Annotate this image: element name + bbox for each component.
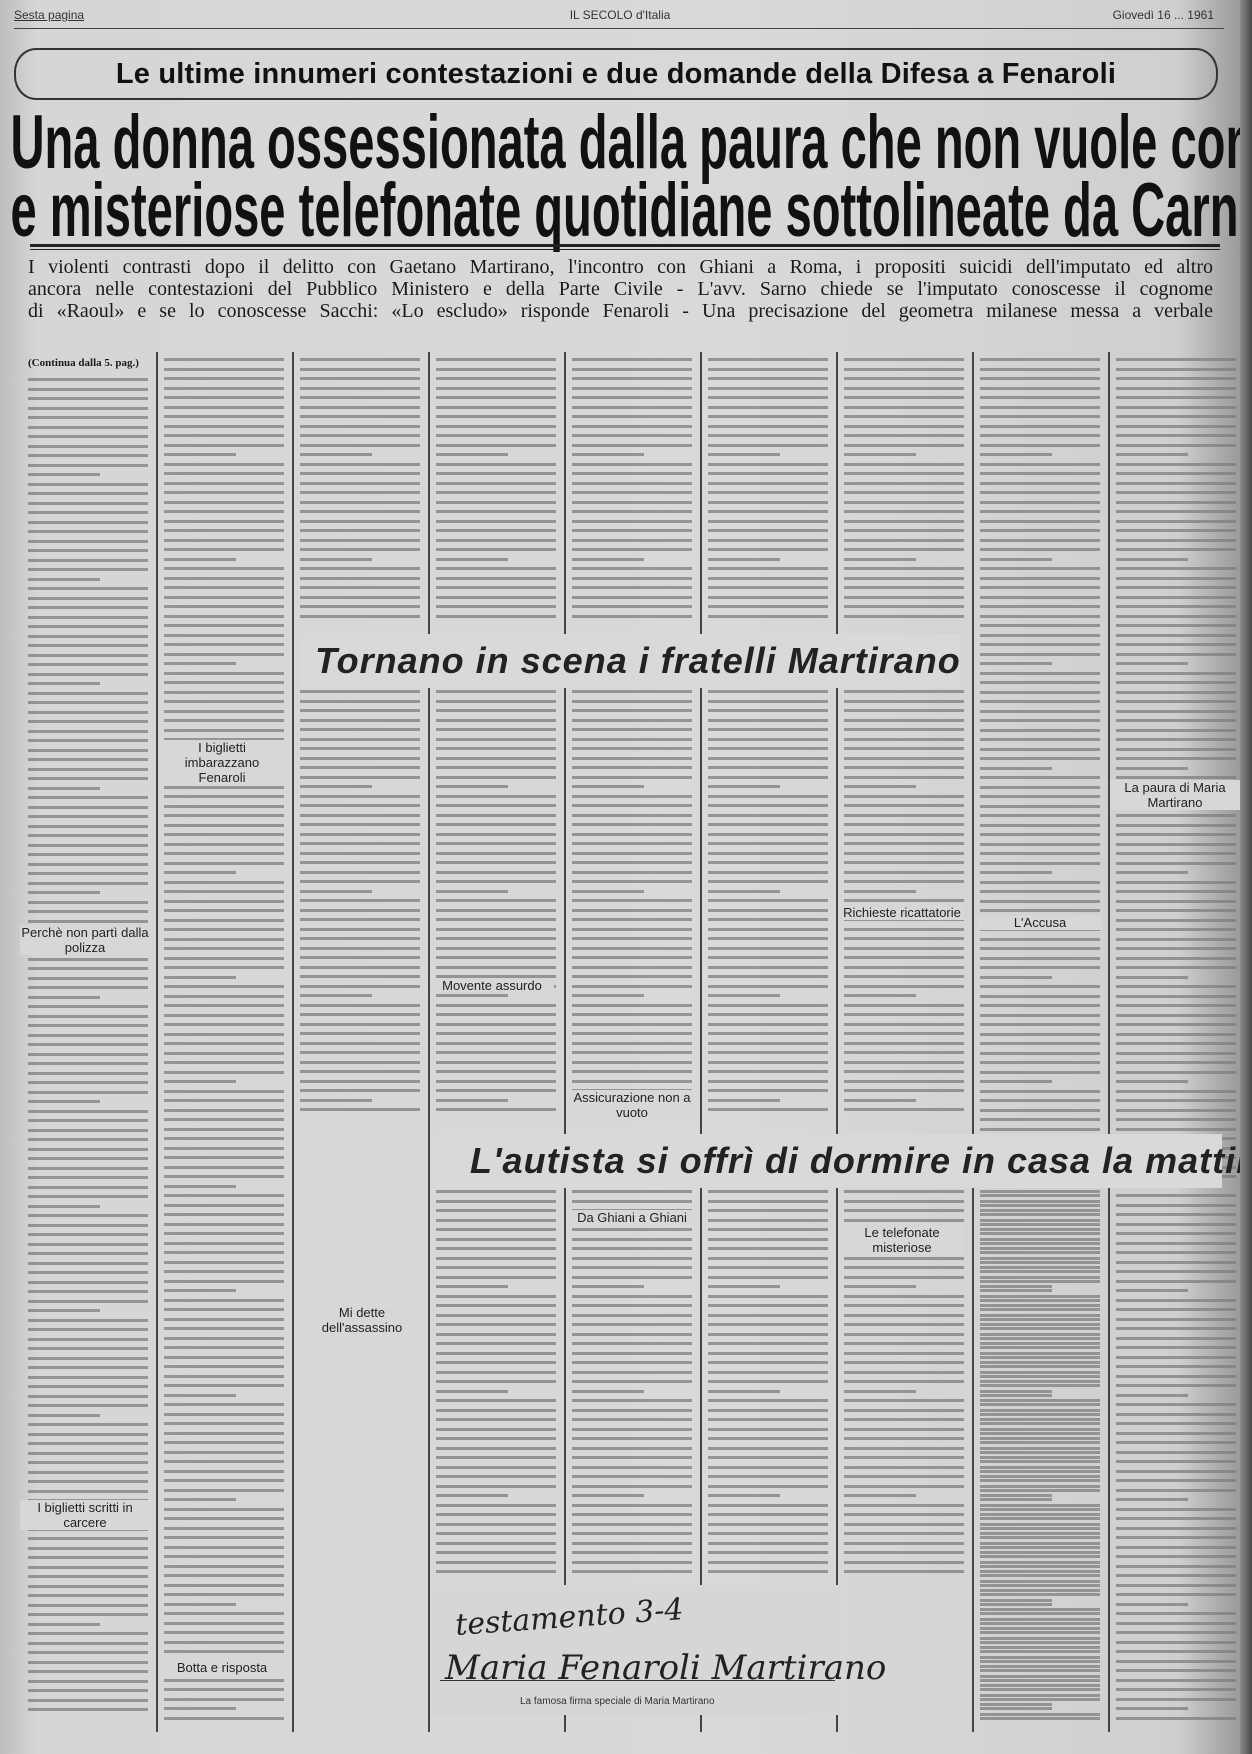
column-subhead: L'Accusa <box>978 915 1102 930</box>
signature-caption: La famosa firma speciale di Maria Martir… <box>520 1696 715 1707</box>
main-headline-line-2: e misteriose telefonate quotidiane sotto… <box>11 178 1220 244</box>
headline-rule-thin <box>30 249 1220 250</box>
column-subhead: Assicurazione non a vuoto <box>570 1090 694 1120</box>
text-column <box>434 1190 558 1580</box>
summary-line: ancora nelle contestazioni del Pubblico … <box>28 278 1213 300</box>
newspaper-name: IL SECOLO d'Italia <box>0 8 1240 22</box>
text-column <box>706 1190 830 1580</box>
column-subhead: La paura di Maria Martirano <box>1110 780 1240 810</box>
text-column <box>298 358 422 628</box>
text-column <box>706 690 830 1125</box>
continuation-note: (Continua dalla 5. pag.) <box>28 357 139 369</box>
column-subhead: Mi dette dell'assassino <box>300 1305 424 1335</box>
text-column <box>162 358 286 1728</box>
main-headline-line-1: Una donna ossessionata dalla paura che n… <box>11 110 1220 176</box>
column-subhead: Le telefonate misteriose <box>840 1225 964 1255</box>
headline-rule <box>30 244 1220 247</box>
column-rule <box>156 352 158 1732</box>
column-rule <box>564 352 566 1732</box>
column-subhead: Movente assurdo <box>430 978 554 993</box>
column-subhead: Da Ghiani a Ghiani <box>570 1210 694 1225</box>
section-title-autista: L'autista si offrì di dormire in casa la… <box>470 1140 1252 1182</box>
column-subhead: Botta e risposta <box>160 1660 284 1675</box>
column-rule <box>292 352 294 1732</box>
text-column <box>434 690 558 1125</box>
newspaper-page: Sesta pagina IL SECOLO d'Italia Giovedì … <box>0 0 1240 1754</box>
section-title-martirano: Tornano in scena i fratelli Martirano <box>315 640 961 682</box>
page-edge <box>1240 0 1252 1754</box>
kicker-headline: Le ultime innumeri contestazioni e due d… <box>14 48 1218 100</box>
text-column <box>1114 358 1238 1728</box>
summary-deck: I violenti contrasti dopo il delitto con… <box>28 256 1213 322</box>
signature-rule <box>440 1680 835 1681</box>
column-subhead: I biglietti scritti in carcere <box>20 1500 150 1530</box>
column-rule <box>972 352 974 1732</box>
summary-line: I violenti contrasti dopo il delitto con… <box>28 256 1213 278</box>
text-column <box>570 1190 694 1580</box>
folio-rule <box>14 28 1224 29</box>
text-column <box>978 1190 1102 1730</box>
issue-date: Giovedì 16 ... 1961 <box>1113 8 1214 22</box>
text-column <box>706 358 830 628</box>
text-column <box>570 358 694 628</box>
column-rule <box>428 352 430 1732</box>
column-rule <box>1108 352 1110 1732</box>
text-column <box>298 690 422 1125</box>
summary-line: di «Raoul» e se lo conoscesse Sacchi: «L… <box>28 300 1213 322</box>
text-column <box>434 358 558 628</box>
signature-maria: Maria Fenaroli Martirano <box>445 1648 886 1688</box>
text-column <box>570 690 694 1125</box>
text-column <box>842 358 966 628</box>
column-subhead: Richieste ricattatorie <box>840 905 964 920</box>
column-rule <box>836 352 838 1732</box>
column-subhead: Perchè non partì dalla polizza <box>20 925 150 955</box>
column-rule <box>700 352 702 1732</box>
column-subhead: I biglietti imbarazzano Fenaroli <box>160 740 284 785</box>
